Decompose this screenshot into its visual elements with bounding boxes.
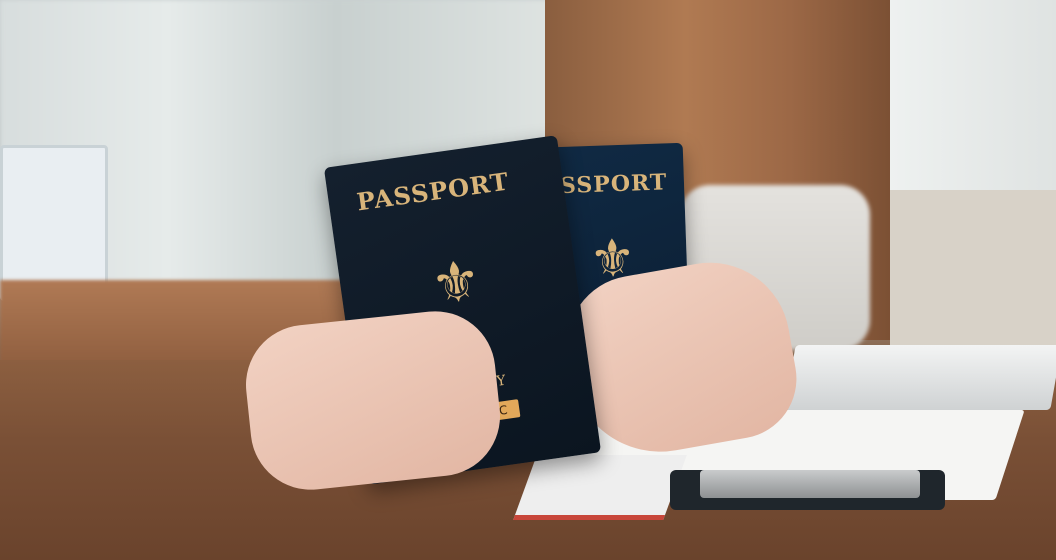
background-wall bbox=[890, 190, 1056, 350]
clipboard-clip bbox=[700, 470, 920, 498]
notebook bbox=[513, 455, 687, 520]
picture-frame bbox=[0, 145, 108, 301]
eagle-crest-icon: ⚜ bbox=[408, 250, 505, 318]
laptop bbox=[784, 345, 1056, 410]
front-passport-title: PASSPORT bbox=[355, 166, 511, 216]
photo-scene: SSPORT ⚜ PASSPORT ⚜ RMANY 5C bbox=[0, 0, 1056, 560]
background-window-right bbox=[890, 0, 1056, 200]
back-passport-title: SSPORT bbox=[560, 169, 668, 199]
left-hand bbox=[240, 305, 506, 495]
